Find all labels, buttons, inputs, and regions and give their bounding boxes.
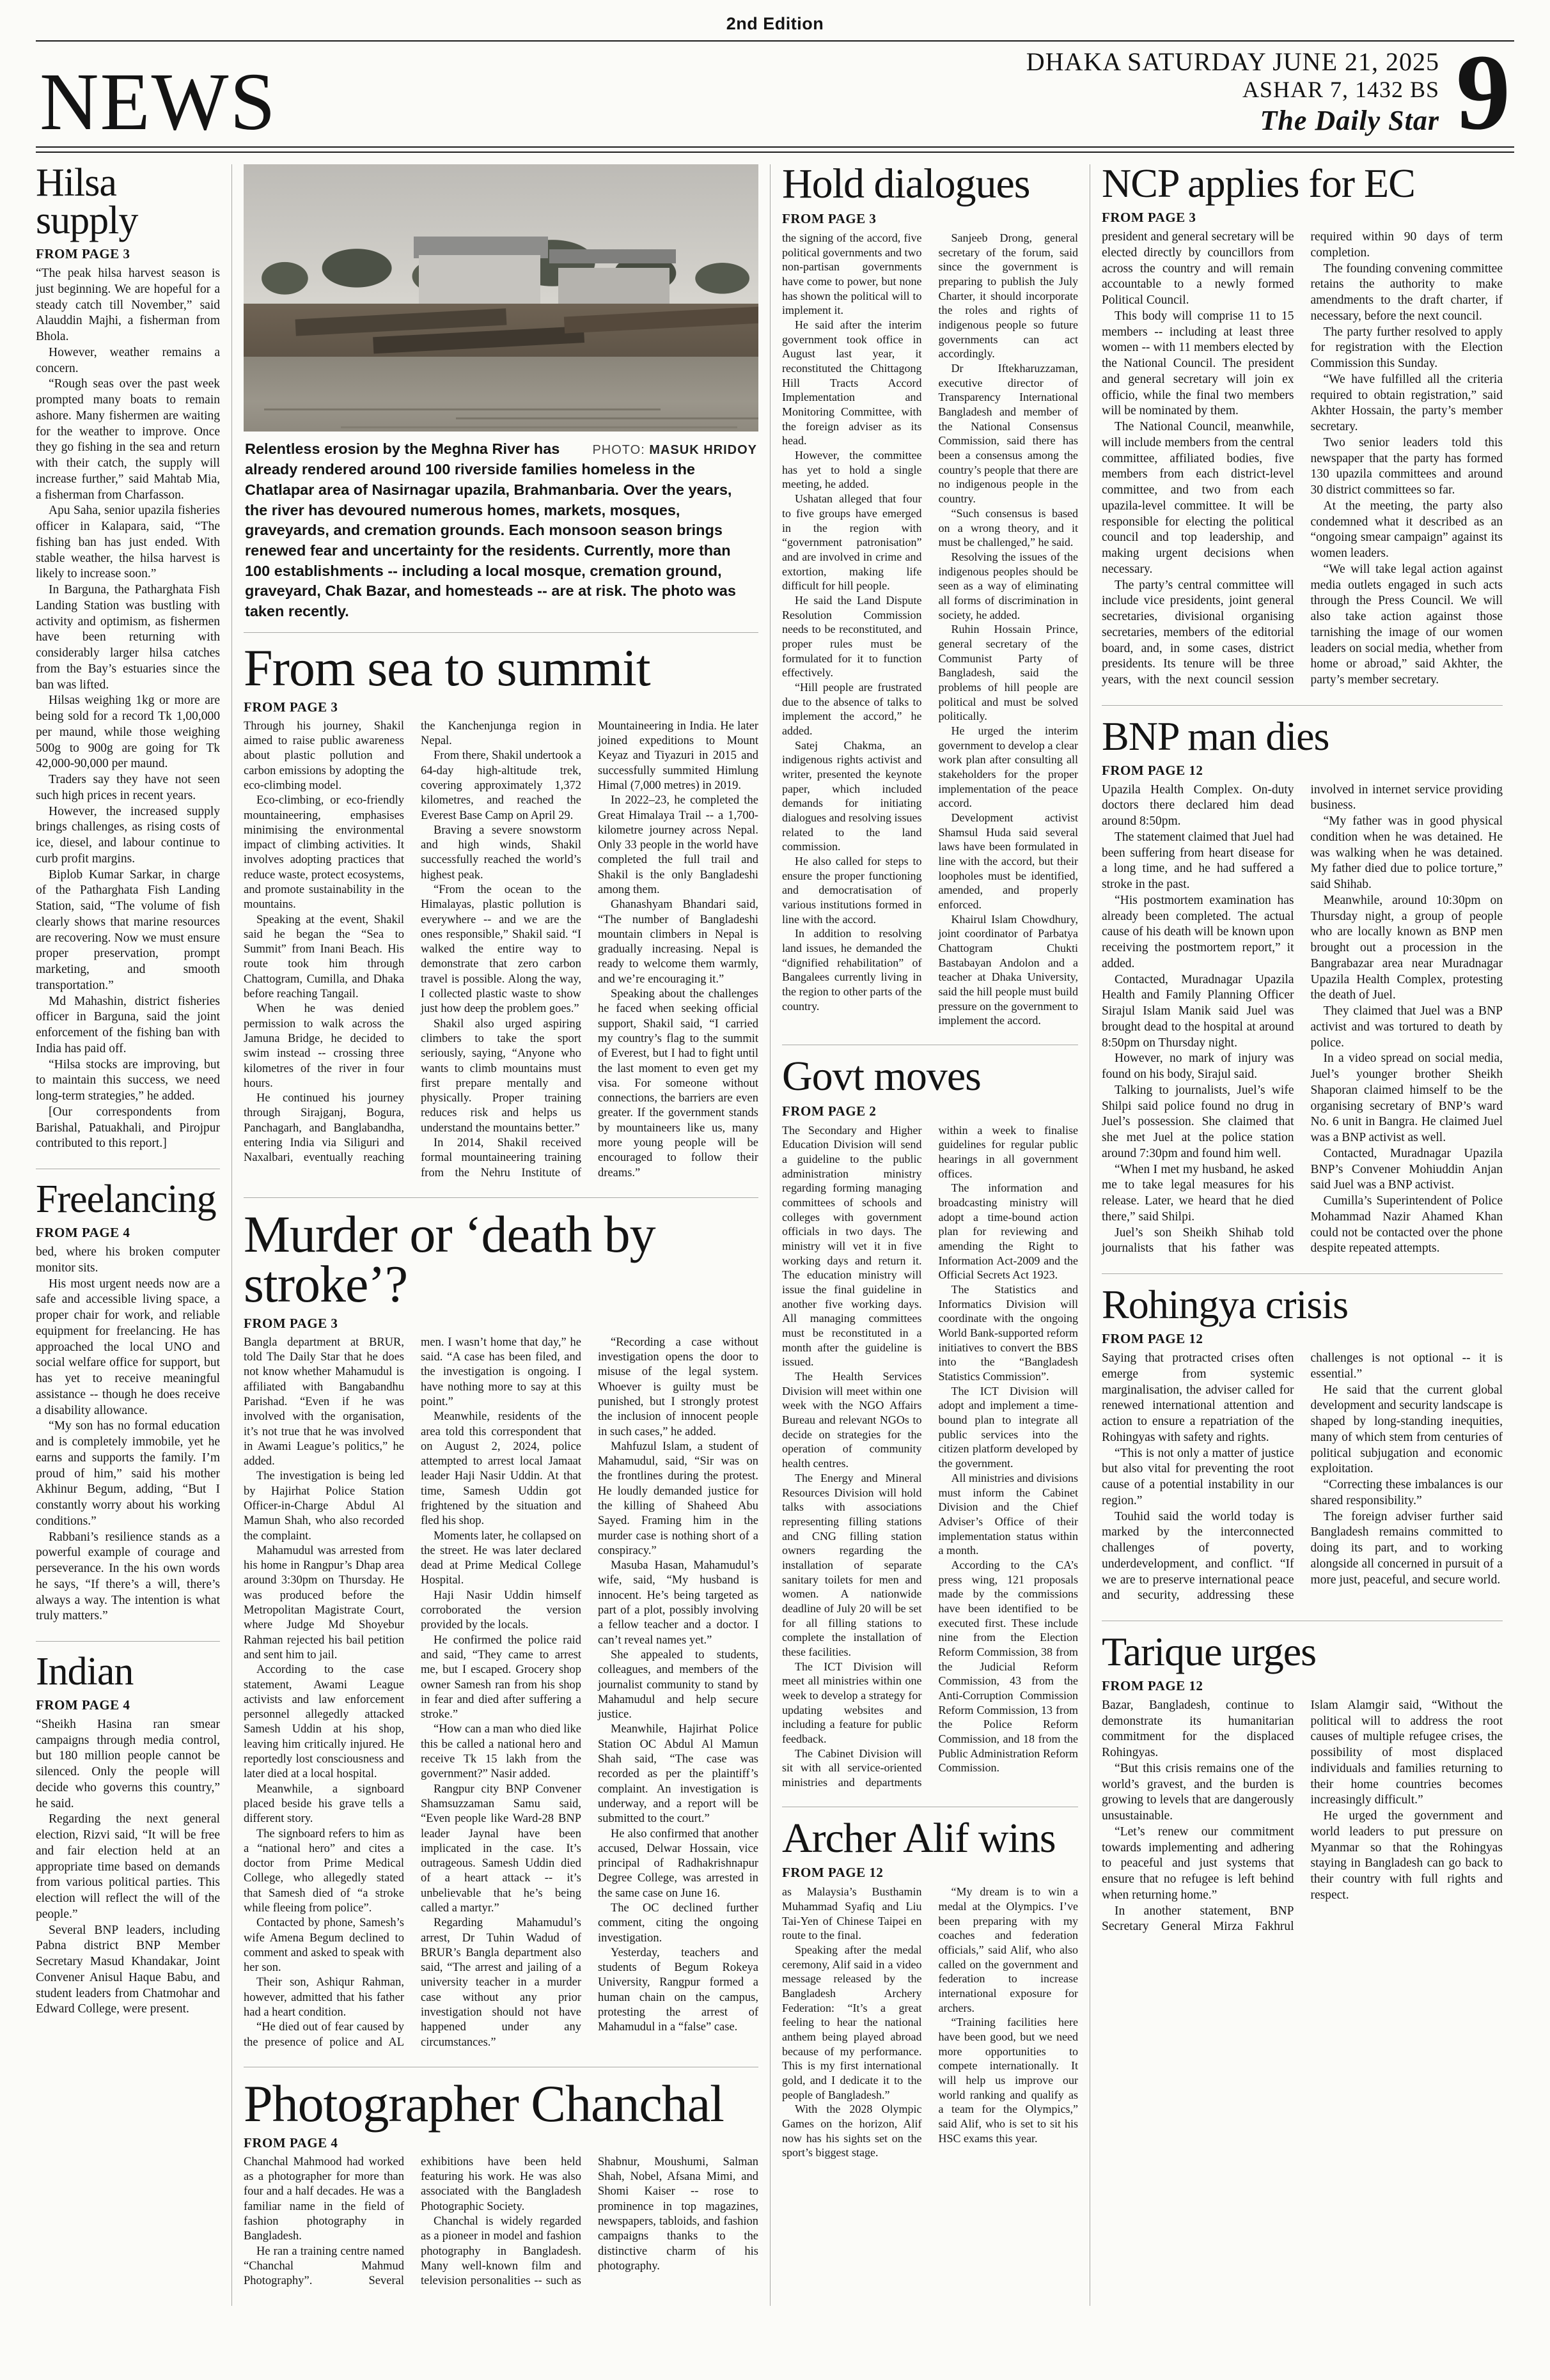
- photo-ripples: [264, 408, 661, 410]
- article-paragraph: The party further resolved to apply for …: [1311, 325, 1503, 372]
- article-paragraph: Braving a severe snowstorm and high wind…: [421, 823, 581, 883]
- article-kicker: FROM PAGE 12: [782, 1865, 1078, 1881]
- article-paragraph: He said after the interim government too…: [782, 318, 922, 448]
- article-body: Saying that protracted crises often emer…: [1102, 1351, 1503, 1604]
- article-paragraph: According to the case statement, Awami L…: [244, 1663, 404, 1782]
- article-paragraph: At the meeting, the party also condemned…: [1311, 499, 1503, 562]
- region-middle-articles: From sea to summitFROM PAGE 3Through his…: [244, 643, 758, 2289]
- article-paragraph: Dr Iftekharuzzaman, executive director o…: [939, 361, 1079, 506]
- article-paragraph: “But this crisis remains one of the worl…: [1102, 1761, 1294, 1824]
- article-body: president and general secretary will be …: [1102, 229, 1503, 688]
- article-paragraph: Through his journey, Shakil aimed to rai…: [244, 719, 404, 793]
- article-paragraph: “This is not only a matter of justice bu…: [1102, 1446, 1294, 1509]
- calendar-line: ASHAR 7, 1432 BS: [1026, 77, 1439, 102]
- article-paragraph: Two senior leaders told this newspaper t…: [1311, 435, 1503, 499]
- article-headline: Hilsa supply: [36, 164, 220, 240]
- article-paragraph: Regarding the next general election, Riz…: [36, 1812, 220, 1922]
- region-column-five: NCP applies for ECFROM PAGE 3president a…: [1090, 164, 1514, 2305]
- article-paragraph: Bangla department at BRUR, told The Dail…: [244, 1335, 404, 1470]
- article-paragraph: “Recording a case without investigation …: [598, 1335, 758, 1440]
- article-paragraph: He also confirmed that another accused, …: [598, 1827, 758, 1901]
- article-body: Upazila Health Complex. On-duty doctors …: [1102, 782, 1503, 1257]
- article-paragraph: This body will comprise 11 to 15 members…: [1102, 309, 1294, 419]
- article-paragraph: “Rough seas over the past week prompted …: [36, 377, 220, 503]
- article-paragraph: president and general secretary will be …: [1102, 229, 1294, 309]
- article-paragraph: With the 2028 Olympic Games on the horiz…: [782, 2102, 922, 2160]
- article-paragraph: bed, where his broken computer monitor s…: [36, 1245, 220, 1277]
- article-paragraph: The information and broadcasting ministr…: [939, 1181, 1079, 1282]
- article-paragraph: In addition to resolving land issues, he…: [782, 926, 922, 1013]
- article-body: bed, where his broken computer monitor s…: [36, 1245, 220, 1624]
- article-paragraph: From there, Shakil undertook a 64-day hi…: [421, 749, 581, 823]
- region-left-column: Hilsa supplyFROM PAGE 3“The peak hilsa h…: [36, 164, 231, 2305]
- article-paragraph: “Let’s renew our commitment towards impl…: [1102, 1824, 1294, 1904]
- article-kicker: FROM PAGE 12: [1102, 1331, 1503, 1347]
- article-headline: Freelancing: [36, 1181, 220, 1218]
- article-paragraph: “When I met my husband, he asked me to t…: [1102, 1162, 1294, 1225]
- article-paragraph: Contacted, Muradnagar Upazila BNP’s Conv…: [1311, 1146, 1503, 1194]
- article-paragraph: “Sheikh Hasina ran smear campaigns throu…: [36, 1717, 220, 1812]
- article-paragraph: He said that the current global developm…: [1311, 1383, 1503, 1478]
- article-paragraph: All ministries and divisions must inform…: [939, 1471, 1079, 1558]
- article-paragraph: Several BNP leaders, including Pabna dis…: [36, 1923, 220, 2018]
- masthead-right: DHAKA SATURDAY JUNE 21, 2025 ASHAR 7, 14…: [1026, 48, 1510, 136]
- edition-label: 2nd Edition: [36, 9, 1514, 40]
- article-paragraph: “My son has no formal education and is c…: [36, 1419, 220, 1529]
- article-kicker: FROM PAGE 2: [782, 1103, 1078, 1119]
- photo-credit-label: PHOTO:: [592, 443, 645, 457]
- newspaper-page: 2nd Edition NEWS DHAKA SATURDAY JUNE 21,…: [0, 0, 1550, 2380]
- article-ncp-applies-for-ec: NCP applies for ECFROM PAGE 3president a…: [1102, 164, 1503, 688]
- article-paragraph: He urged the interim government to devel…: [939, 724, 1079, 811]
- article-kicker: FROM PAGE 4: [244, 2135, 758, 2151]
- article-kicker: FROM PAGE 4: [36, 1697, 220, 1713]
- article-paragraph: [Our correspondents from Barishal, Patua…: [36, 1105, 220, 1152]
- article-body: “Sheikh Hasina ran smear campaigns throu…: [36, 1717, 220, 2018]
- article-paragraph: Ushatan alleged that four to five groups…: [782, 492, 922, 593]
- article-headline: Indian: [36, 1653, 220, 1691]
- article-paragraph: Traders say they have not seen such high…: [36, 772, 220, 804]
- article-body: The Secondary and Higher Education Divis…: [782, 1123, 1078, 1790]
- article-body: Through his journey, Shakil aimed to rai…: [244, 719, 758, 1181]
- article-paragraph: Rabbani’s resilience stands as a powerfu…: [36, 1530, 220, 1625]
- article-paragraph: The Health Services Division will meet w…: [782, 1369, 922, 1471]
- article-paragraph: The Statistics and Informatics Division …: [939, 1282, 1079, 1384]
- article-freelancing: FreelancingFROM PAGE 4bed, where his bro…: [36, 1169, 220, 1624]
- photo-credit-name: MASUK HRIDOY: [649, 443, 757, 457]
- article-paragraph: She appealed to students, colleagues, an…: [598, 1648, 758, 1722]
- caption-rule: [244, 632, 758, 633]
- article-headline: NCP applies for EC: [1102, 164, 1503, 203]
- article-body: the signing of the accord, five politica…: [782, 231, 1078, 1028]
- news-photo: [244, 164, 758, 432]
- article-kicker: FROM PAGE 12: [1102, 763, 1503, 779]
- article-paragraph: Md Mahashin, district fisheries officer …: [36, 994, 220, 1057]
- article-paragraph: He urged the government and world leader…: [1311, 1808, 1503, 1904]
- article-paragraph: He said the Land Dispute Resolution Comm…: [782, 593, 922, 680]
- article-paragraph: They claimed that Juel was a BNP activis…: [1311, 1004, 1503, 1051]
- masthead: NEWS DHAKA SATURDAY JUNE 21, 2025 ASHAR …: [36, 42, 1514, 146]
- article-paragraph: His most urgent needs now are a safe and…: [36, 1277, 220, 1419]
- article-hold-dialogues: Hold dialoguesFROM PAGE 3the signing of …: [782, 164, 1078, 1028]
- article-paragraph: “We have fulfilled all the criteria requ…: [1311, 372, 1503, 435]
- article-paragraph: Apu Saha, senior upazila fisheries offic…: [36, 503, 220, 582]
- article-paragraph: the signing of the accord, five politica…: [782, 231, 922, 318]
- photo-credit: PHOTO: MASUK HRIDOY: [577, 439, 757, 459]
- article-kicker: FROM PAGE 4: [36, 1225, 220, 1241]
- article-paragraph: Speaking after the medal ceremony, Alif …: [782, 1943, 922, 2102]
- article-paragraph: Masuba Hasan, Mahamudul’s wife, said, “M…: [598, 1559, 758, 1648]
- article-paragraph: Meanwhile, around 10:30pm on Thursday ni…: [1311, 893, 1503, 1004]
- article-paragraph: In a video spread on social media, Juel’…: [1311, 1051, 1503, 1146]
- newspaper-logo: The Daily Star: [1026, 105, 1439, 136]
- article-paragraph: The Energy and Mineral Resources Divisio…: [782, 1471, 922, 1660]
- article-paragraph: The investigation is being led by Hajirh…: [244, 1469, 404, 1543]
- article-paragraph: Saying that protracted crises often emer…: [1102, 1351, 1294, 1446]
- article-govt-moves: Govt movesFROM PAGE 2The Secondary and H…: [782, 1045, 1078, 1790]
- article-paragraph: Development activist Shamsul Huda said s…: [939, 811, 1079, 912]
- article-body: as Malaysia’s Busthamin Muhammad Syafiq …: [782, 1885, 1078, 2160]
- article-paragraph: Meanwhile, Hajirhat Police Station OC Ab…: [598, 1722, 758, 1826]
- article-murder-or-death-by-stroke: Murder or ‘death by stroke’?FROM PAGE 3B…: [244, 1197, 758, 2050]
- section-title: NEWS: [40, 67, 277, 137]
- article-paragraph: Moments later, he collapsed on the stree…: [421, 1529, 581, 1589]
- article-paragraph: Mahamudul was arrested from his home in …: [244, 1544, 404, 1663]
- article-paragraph: “Such consensus is based on a wrong theo…: [939, 506, 1079, 550]
- article-archer-alif-wins: Archer Alif winsFROM PAGE 12as Malaysia’…: [782, 1807, 1078, 2160]
- article-paragraph: “My father was in good physical conditio…: [1311, 814, 1503, 893]
- article-hilsa-supply: Hilsa supplyFROM PAGE 3“The peak hilsa h…: [36, 164, 220, 1152]
- article-rohingya-crisis: Rohingya crisisFROM PAGE 12Saying that p…: [1102, 1273, 1503, 1604]
- article-kicker: FROM PAGE 3: [244, 699, 758, 715]
- article-kicker: FROM PAGE 3: [782, 211, 1078, 227]
- article-paragraph: Contacted by phone, Samesh’s wife Amena …: [244, 1916, 404, 1975]
- article-headline: Tarique urges: [1102, 1633, 1503, 1672]
- article-paragraph: However, no mark of injury was found on …: [1102, 1051, 1294, 1083]
- article-paragraph: Biplob Kumar Sarkar, in charge of the Pa…: [36, 867, 220, 994]
- article-paragraph: Talking to journalists, Juel’s wife Shil…: [1102, 1083, 1294, 1162]
- article-headline: BNP man dies: [1102, 717, 1503, 756]
- datelines: DHAKA SATURDAY JUNE 21, 2025 ASHAR 7, 14…: [1026, 48, 1439, 136]
- article-paragraph: Haji Nasir Uddin himself corroborated th…: [421, 1589, 581, 1633]
- article-headline: Archer Alif wins: [782, 1819, 1078, 1859]
- article-paragraph: The ICT Division will meet all ministrie…: [782, 1660, 922, 1746]
- article-paragraph: According to the CA’s press wing, 121 pr…: [939, 1558, 1079, 1775]
- article-paragraph: Meanwhile, residents of the area told th…: [421, 1410, 581, 1528]
- article-paragraph: Meanwhile, a signboard placed beside his…: [244, 1782, 404, 1827]
- article-bnp-man-dies: BNP man diesFROM PAGE 12Upazila Health C…: [1102, 705, 1503, 1257]
- page-number: 9: [1456, 50, 1510, 135]
- article-kicker: FROM PAGE 3: [1102, 210, 1503, 226]
- article-headline: Murder or ‘death by stroke’?: [244, 1209, 758, 1309]
- article-paragraph: “From the ocean to the Himalayas, plasti…: [421, 883, 581, 1017]
- article-paragraph: “Correcting these imbalances is our shar…: [1311, 1477, 1503, 1509]
- article-headline: Rohingya crisis: [1102, 1286, 1503, 1325]
- article-paragraph: Speaking at the event, Shakil said he be…: [244, 913, 404, 1002]
- article-paragraph: Regarding Mahamudul’s arrest, Dr Tuhin W…: [421, 1916, 581, 2050]
- article-paragraph: The founding convening committee retains…: [1311, 261, 1503, 325]
- article-body: Bazar, Bangladesh, continue to demonstra…: [1102, 1698, 1503, 1935]
- article-paragraph: Speaking about the challenges he faced w…: [598, 987, 758, 1181]
- article-paragraph: When he was denied permission to walk ac…: [244, 1002, 404, 1091]
- article-from-sea-to-summit: From sea to summitFROM PAGE 3Through his…: [244, 643, 758, 1181]
- article-headline: Hold dialogues: [782, 164, 1078, 205]
- article-paragraph: Khairul Islam Chowdhury, joint coordinat…: [939, 912, 1079, 1028]
- article-paragraph: The ICT Division will adopt and implemen…: [939, 1384, 1079, 1471]
- article-paragraph: Bazar, Bangladesh, continue to demonstra…: [1102, 1698, 1294, 1761]
- article-paragraph: Ghanashyam Bhandari said, “The number of…: [598, 898, 758, 987]
- article-paragraph: The OC declined further comment, citing …: [598, 1901, 758, 1946]
- article-paragraph: The Secondary and Higher Education Divis…: [782, 1123, 922, 1369]
- article-kicker: FROM PAGE 3: [244, 1316, 758, 1332]
- lead-photo-block: PHOTO: MASUK HRIDOY Relentless erosion b…: [244, 164, 758, 632]
- article-paragraph: “We will take legal action against media…: [1311, 562, 1503, 688]
- article-photographer-chanchal: Photographer ChanchalFROM PAGE 4Chanchal…: [244, 2067, 758, 2289]
- article-paragraph: He also called for steps to ensure the p…: [782, 854, 922, 926]
- article-paragraph: “Hilsa stocks are improving, but to main…: [36, 1057, 220, 1105]
- photo-river-water: [244, 357, 758, 432]
- article-body: Chanchal Mahmood had worked as a photogr…: [244, 2155, 758, 2289]
- article-headline: Govt moves: [782, 1057, 1078, 1097]
- article-paragraph: However, the committee has yet to hold a…: [782, 448, 922, 492]
- article-paragraph: The signboard refers to him as a “nation…: [244, 1827, 404, 1917]
- article-paragraph: Sanjeeb Drong, general secretary of the …: [939, 231, 1079, 361]
- article-paragraph: The National Council, meanwhile, will in…: [1102, 419, 1294, 578]
- page-content: Hilsa supplyFROM PAGE 3“The peak hilsa h…: [36, 164, 1514, 2305]
- article-paragraph: However, the increased supply brings cha…: [36, 804, 220, 867]
- article-paragraph: Their son, Ashiqur Rahman, however, admi…: [244, 1975, 404, 2020]
- masthead-rule: [36, 146, 1514, 153]
- article-paragraph: Ruhin Hossain Prince, general secretary …: [939, 622, 1079, 724]
- article-paragraph: Contacted, Muradnagar Upazila Health and…: [1102, 972, 1294, 1052]
- region-column-four: Hold dialoguesFROM PAGE 3the signing of …: [770, 164, 1090, 2305]
- article-paragraph: Mahfuzul Islam, a student of Mahamudul, …: [598, 1440, 758, 1559]
- article-kicker: FROM PAGE 3: [36, 246, 220, 262]
- article-paragraph: “The peak hilsa harvest season is just b…: [36, 266, 220, 345]
- article-paragraph: Hilsas weighing 1kg or more are being so…: [36, 693, 220, 772]
- article-paragraph: He confirmed the police raid and said, “…: [421, 1633, 581, 1723]
- article-paragraph: “My dream is to win a medal at the Olymp…: [939, 1885, 1079, 2015]
- date-line: DHAKA SATURDAY JUNE 21, 2025: [1026, 48, 1439, 77]
- article-paragraph: “Training facilities here have been good…: [939, 2015, 1079, 2145]
- article-paragraph: In Barguna, the Patharghata Fish Landing…: [36, 582, 220, 693]
- article-paragraph: “His postmortem examination has already …: [1102, 893, 1294, 972]
- article-paragraph: Rangpur city BNP Convener Shamsuzzaman S…: [421, 1782, 581, 1917]
- article-body: “The peak hilsa harvest season is just b…: [36, 266, 220, 1152]
- article-indian: IndianFROM PAGE 4“Sheikh Hasina ran smea…: [36, 1641, 220, 2018]
- article-paragraph: The foreign adviser further said Banglad…: [1311, 1509, 1503, 1589]
- article-kicker: FROM PAGE 12: [1102, 1678, 1503, 1694]
- article-paragraph: In 2022–23, he completed the Great Himal…: [598, 793, 758, 898]
- photo-caption: PHOTO: MASUK HRIDOY Relentless erosion b…: [245, 439, 757, 621]
- region-middle: PHOTO: MASUK HRIDOY Relentless erosion b…: [231, 164, 770, 2305]
- article-paragraph: Satej Chakma, an indigenous rights activ…: [782, 738, 922, 854]
- article-tarique-urges: Tarique urgesFROM PAGE 12Bazar, Banglade…: [1102, 1621, 1503, 1935]
- article-paragraph: Yesterday, teachers and students of Begu…: [598, 1946, 758, 2035]
- article-paragraph: “How can a man who died like this be cal…: [421, 1722, 581, 1782]
- article-paragraph: Resolving the issues of the indigenous p…: [939, 550, 1079, 622]
- article-paragraph: Chanchal Mahmood had worked as a photogr…: [244, 2155, 404, 2244]
- article-paragraph: Shakil also urged aspiring climbers to t…: [421, 1017, 581, 1136]
- photo-caption-text: Relentless erosion by the Meghna River h…: [245, 440, 736, 619]
- article-paragraph: “Hill people are frustrated due to the a…: [782, 680, 922, 738]
- article-paragraph: Eco-climbing, or eco-friendly mountainee…: [244, 793, 404, 912]
- article-headline: Photographer Chanchal: [244, 2079, 758, 2129]
- article-paragraph: as Malaysia’s Busthamin Muhammad Syafiq …: [782, 1885, 922, 1943]
- article-headline: From sea to summit: [244, 643, 758, 693]
- article-paragraph: Cumilla’s Superintendent of Police Moham…: [1311, 1194, 1503, 1257]
- article-paragraph: The statement claimed that Juel had been…: [1102, 830, 1294, 893]
- article-paragraph: Upazila Health Complex. On-duty doctors …: [1102, 782, 1294, 830]
- article-body: Bangla department at BRUR, told The Dail…: [244, 1335, 758, 2050]
- article-paragraph: However, weather remains a concern.: [36, 345, 220, 377]
